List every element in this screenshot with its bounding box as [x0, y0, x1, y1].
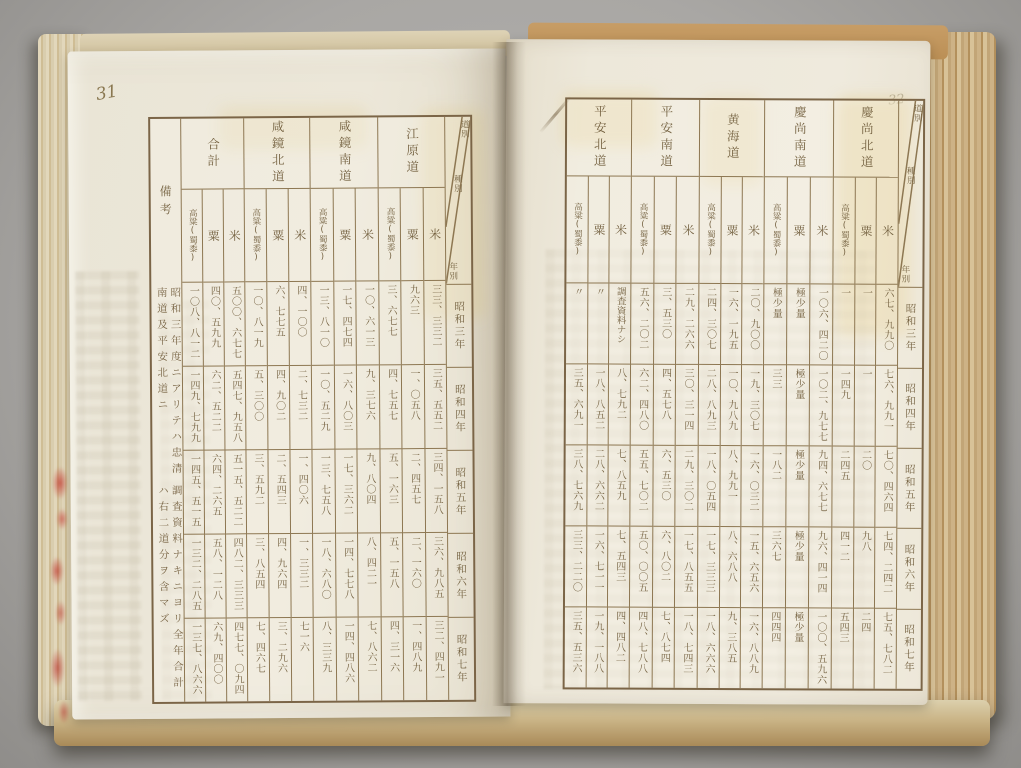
- value-cell: 極少量: [786, 608, 808, 688]
- corner-header-cell: 道別種別年別: [445, 117, 471, 285]
- value-text: 五、三〇〇: [251, 366, 262, 449]
- crop-header: 米: [361, 228, 374, 241]
- value-cell: 三四、一五八: [425, 449, 447, 533]
- value-text: 七五、七八二: [880, 609, 890, 689]
- year-label: 昭和三年: [905, 303, 916, 353]
- value-text: 一〇二、九七七: [816, 365, 826, 445]
- value-text: 四、一〇〇: [295, 282, 306, 365]
- value-cell: 一: [855, 285, 876, 366]
- value-cell: 一〇六、四二〇: [810, 284, 832, 365]
- value-text: 四七七、〇九四: [232, 618, 243, 701]
- value-text: 一: [860, 366, 870, 446]
- remarks-line: 調査資料ナキニヨリ全年合計ハ右二道分ヲ含マズ: [153, 484, 185, 702]
- value-text: 三、八五四: [253, 534, 264, 617]
- value-cell: 六七、九九〇: [876, 285, 897, 366]
- value-cell: 三三、二二〇: [565, 526, 586, 607]
- value-text: 一六、七一一: [592, 526, 602, 606]
- value-text: 極少量: [770, 284, 780, 364]
- value-text: 五〇、〇〇五: [636, 527, 646, 607]
- value-cell: 四一二: [832, 528, 853, 609]
- crop-header: 米: [228, 229, 241, 242]
- value-cell: 八、九九一: [720, 446, 741, 527]
- value-cell: 六、八〇二: [653, 527, 675, 608]
- year-label: 昭和六年: [904, 544, 915, 594]
- value-text: 一八、七四三: [681, 608, 691, 688]
- year-label: 昭和五年: [904, 464, 915, 514]
- value-cell: 九、三七六: [357, 365, 379, 449]
- red-ink-smudge: [58, 700, 70, 724]
- year-label: 昭和四年: [904, 383, 915, 433]
- crop-header-cell: 高粱(蜀黍): [764, 177, 786, 284]
- crop-header: 米: [428, 227, 441, 240]
- value-cell: 三、二九六: [270, 618, 292, 701]
- value-cell: 九六、四一四: [809, 527, 831, 608]
- year-label: 昭和六年: [455, 550, 466, 600]
- year-label: 昭和七年: [456, 634, 467, 684]
- value-cell: 二、一六〇: [403, 533, 425, 617]
- value-text: 一五、六五六: [747, 527, 757, 607]
- value-cell: 三三: [764, 365, 786, 446]
- value-text: 調査資料ナシ: [615, 284, 625, 364]
- crop-header: 粟: [592, 223, 605, 236]
- value-text: 極少量: [792, 608, 802, 688]
- right-table: 道別種別年別昭和三年昭和四年昭和五年昭和六年昭和七年慶尚北道米六七、九九〇七六、…: [563, 97, 926, 691]
- value-text: 一、〇五八: [408, 365, 419, 448]
- value-text: 七、四六七: [253, 618, 264, 701]
- value-cell: 一三七、八六六: [185, 619, 206, 702]
- value-cell: 二九、三〇二: [676, 446, 698, 527]
- value-cell: 一六、一九五: [721, 284, 742, 365]
- value-text: 一〇八、八一二: [187, 283, 198, 366]
- value-text: 二四五: [838, 447, 848, 527]
- value-text: 四、四八二: [613, 608, 623, 688]
- value-cell: 一三、八一〇: [311, 282, 333, 366]
- value-text: 六、八〇二: [658, 527, 668, 607]
- value-text: 三二、四九一: [432, 617, 443, 700]
- value-cell: 五〇、〇〇五: [630, 527, 652, 608]
- value-cell: 七、五四三: [608, 527, 629, 608]
- value-cell: 九、三八五: [719, 608, 740, 688]
- value-text: 九八: [859, 528, 869, 608]
- value-cell: 一六、〇三二: [742, 446, 763, 527]
- value-text: 七六、九九一: [881, 366, 891, 446]
- value-text: 〃: [571, 283, 581, 363]
- value-text: 三四、一五八: [431, 449, 442, 532]
- value-cell: 一六、七一一: [587, 526, 608, 607]
- value-cell: 二〇: [854, 447, 875, 528]
- value-text: 七四、二四二: [881, 528, 891, 608]
- value-text: 三、五三〇: [660, 284, 670, 364]
- value-text: 二、四五七: [408, 449, 419, 532]
- value-text: 一八、六八〇: [319, 534, 330, 617]
- crop-header: 粟: [725, 224, 738, 237]
- value-text: 一、四〇六: [296, 450, 307, 533]
- year-label-cell: 昭和四年: [447, 368, 473, 451]
- crop-header-cell: 米: [289, 189, 311, 282]
- year-label-cell: 昭和六年: [897, 529, 921, 609]
- value-cell: 三六、九八五: [426, 533, 448, 617]
- value-text: 三三、三三二: [430, 281, 441, 364]
- value-text: 二四: [859, 609, 869, 689]
- crop-header-cell: 米: [610, 177, 631, 284]
- value-text: 一六、八〇三: [340, 366, 351, 449]
- value-cell: 五八、一二八: [205, 534, 226, 618]
- value-cell: 一〇八、八一二: [182, 283, 203, 367]
- value-cell: 一八、〇五四: [698, 446, 719, 527]
- value-cell: 一〇、九八九: [720, 365, 741, 446]
- value-cell: 一〇、八一九: [245, 282, 267, 366]
- value-cell: 一、〇五八: [402, 365, 424, 449]
- red-ink-smudge: [55, 600, 66, 626]
- province-name-cell: 黄海道: [700, 100, 764, 177]
- crop-header-cell: 粟: [721, 177, 742, 284]
- value-text: 九、八〇四: [364, 449, 375, 532]
- corner-label: 道別: [913, 104, 922, 123]
- crop-header: 米: [881, 224, 894, 237]
- value-cell: 一七、八五五: [675, 527, 697, 608]
- left-table: 道別種別年別昭和三年昭和四年昭和五年昭和六年昭和七年江原道米三三、三三二三五、五…: [148, 115, 476, 704]
- value-text: 五〇〇、六七七: [229, 282, 240, 365]
- value-cell: 調査資料ナシ: [609, 284, 630, 365]
- crop-header-cell: 米: [423, 188, 445, 281]
- value-text: 一四九: [838, 366, 848, 446]
- corner-label: 種別: [453, 174, 462, 193]
- crop-header: 高粱(蜀黍): [317, 208, 326, 262]
- value-cell: 二八、六六二: [587, 445, 608, 526]
- value-text: 一六、一九五: [726, 284, 736, 364]
- value-text: 極少量: [793, 365, 803, 445]
- right-page: 32 道別種別年別昭和三年昭和四年昭和五年昭和六年昭和七年慶尚北道米六七、九九〇…: [504, 39, 931, 705]
- value-text: 六七、九九〇: [882, 285, 892, 365]
- value-cell: 一、四八九: [404, 617, 426, 700]
- value-cell: 三〇、三一四: [676, 365, 698, 446]
- value-text: 一八、〇五四: [704, 446, 714, 526]
- province-name-cell: 合計: [181, 118, 243, 189]
- value-text: 一三、八一〇: [317, 282, 328, 365]
- value-cell: 一〇、五二九: [312, 366, 334, 450]
- year-label: 昭和三年: [454, 300, 465, 350]
- crop-header: 粟: [659, 223, 672, 236]
- year-label-cell: 昭和五年: [447, 451, 473, 534]
- value-cell: 五四七、九五八: [225, 366, 246, 450]
- crop-header-cell: 高粱(蜀黍): [379, 188, 401, 281]
- value-text: 五八、一二八: [210, 534, 221, 617]
- crop-header: 高粱(蜀黍): [187, 209, 196, 263]
- value-cell: 三八、七六九: [565, 445, 586, 526]
- value-text: 三、二九六: [275, 618, 286, 701]
- value-text: 三六七: [769, 527, 779, 607]
- value-cell: 六、七七五: [267, 282, 289, 366]
- value-text: 五五、七〇二: [636, 446, 646, 526]
- year-label-cell: 昭和七年: [449, 617, 475, 699]
- value-cell: 極少量: [764, 284, 786, 365]
- value-cell: 一九、一八八: [586, 607, 607, 687]
- value-text: 一〇、八一九: [251, 282, 262, 365]
- value-cell: 七、八六二: [359, 617, 381, 700]
- value-cell: 一四、七七八: [336, 534, 358, 618]
- year-label-cell: 昭和五年: [897, 449, 921, 529]
- value-cell: 一〇二、九七七: [810, 365, 832, 446]
- value-text: 二四、三〇七: [704, 284, 714, 364]
- value-text: 六二、四八〇: [636, 365, 646, 445]
- value-text: 五一五、五二二: [230, 450, 241, 533]
- value-cell: 一: [854, 366, 875, 447]
- value-cell: 五六、二〇二: [631, 284, 653, 365]
- value-cell: 一四五、五一五: [183, 451, 204, 535]
- value-cell: 極少量: [786, 527, 808, 608]
- value-text: 九六、四一四: [815, 527, 825, 607]
- value-cell: 七、八五九: [609, 446, 630, 527]
- value-cell: 九、八〇四: [358, 449, 380, 533]
- red-ink-smudge: [50, 556, 64, 586]
- value-cell: 五一五、五二二: [225, 450, 246, 534]
- year-label-cell: 昭和三年: [898, 288, 922, 368]
- value-text: 一八、六六六: [703, 608, 713, 688]
- value-cell: 一、四〇六: [290, 450, 312, 534]
- red-ink-smudge: [52, 466, 68, 500]
- remarks-header-cell: 備考: [150, 119, 181, 287]
- value-text: 三五、五五二: [430, 365, 441, 448]
- value-text: 一九、一八八: [592, 607, 602, 687]
- value-text: 一四、七七八: [342, 534, 353, 617]
- value-cell: 四、七五七: [380, 365, 402, 449]
- crop-header-cell: 高粱(蜀黍): [311, 189, 333, 282]
- province-name: 黄海道: [726, 113, 739, 163]
- crop-header-cell: 高粱(蜀黍): [699, 177, 720, 284]
- crop-header: 高粱(蜀黍): [251, 208, 260, 262]
- crop-header-cell: 粟: [588, 176, 609, 283]
- crop-header: 米: [747, 224, 760, 237]
- value-text: 九六三: [407, 281, 418, 364]
- value-cell: 一八、六八〇: [313, 534, 335, 618]
- crop-header-cell: 粟: [401, 188, 423, 281]
- province-name: 江原道: [405, 127, 418, 177]
- corner-label: 種別: [906, 166, 915, 185]
- value-text: 五四七、九五八: [230, 366, 241, 449]
- value-text: 四八、七八八: [635, 608, 645, 688]
- value-text: 五、一五八: [387, 533, 398, 616]
- value-text: 一四九、七九九: [188, 367, 199, 450]
- value-text: 極少量: [792, 527, 802, 607]
- value-text: 三三、二二〇: [570, 526, 580, 606]
- value-text: 四、七五七: [386, 365, 397, 448]
- crop-header-cell: 粟: [203, 189, 224, 282]
- crop-header-cell: 米: [877, 178, 898, 285]
- value-cell: 四、九〇二: [268, 366, 290, 450]
- crop-header: 米: [614, 223, 627, 236]
- value-cell: 一〇、六一三: [357, 281, 379, 365]
- value-text: 一七、八五五: [681, 527, 691, 607]
- value-text: 四八二、三三三: [231, 534, 242, 617]
- value-text: 六四、二六五: [209, 450, 220, 533]
- crop-header-cell: 高粱(蜀黍): [631, 177, 653, 284]
- value-text: 一四五、五一五: [188, 451, 199, 534]
- crop-header-cell: 米: [224, 189, 245, 282]
- value-cell: 一八、六六六: [698, 608, 719, 688]
- value-text: 四一二: [837, 528, 847, 608]
- value-cell: 〃: [588, 283, 609, 364]
- value-text: 〃: [593, 283, 603, 363]
- value-text: 一六、〇三二: [747, 446, 757, 526]
- value-text: 一四、四八六: [342, 618, 353, 701]
- crop-header: 高粱(蜀黍): [638, 203, 647, 257]
- crop-header: 高粱(蜀黍): [385, 207, 394, 261]
- value-text: 一: [860, 285, 870, 365]
- value-text: 四、三一六: [387, 617, 398, 700]
- value-cell: 三六七: [763, 527, 785, 608]
- value-cell: 一七、三三三: [698, 527, 719, 608]
- value-cell: 五四三: [832, 609, 853, 689]
- value-cell: 六二、四八〇: [631, 365, 653, 446]
- value-text: 八、六八八: [725, 527, 735, 607]
- value-text: 四〇、五九九: [208, 282, 219, 365]
- value-text: 三三: [770, 365, 780, 445]
- page-number-left: 31: [94, 81, 119, 105]
- value-text: 二〇: [859, 447, 869, 527]
- value-text: 一六、八八九: [746, 608, 756, 688]
- crop-header: 高粱(蜀黍): [839, 204, 848, 258]
- diagonal-lines: [898, 101, 923, 288]
- value-text: 三〇、三一四: [682, 365, 692, 445]
- value-text: 四、五七八: [659, 365, 669, 445]
- value-text: 三五、五三六: [570, 607, 580, 687]
- value-text: 九四、六七七: [815, 446, 825, 526]
- value-cell: 七、八七四: [652, 608, 674, 688]
- value-cell: 四八二、三三三: [226, 534, 247, 618]
- crop-header-cell: 粟: [333, 189, 355, 282]
- value-cell: 八、七九二: [609, 365, 630, 446]
- red-ink-smudge: [50, 648, 65, 688]
- value-cell: 八、四二一: [358, 533, 380, 617]
- value-cell: 六四、二六五: [204, 450, 225, 534]
- value-text: 一〇、六一三: [362, 281, 373, 364]
- left-page: 31 道別種別年別昭和三年昭和四年昭和五年昭和六年昭和七年江原道米三三、三三二三…: [68, 48, 511, 719]
- value-cell: 二〇、九〇〇: [742, 284, 763, 365]
- value-cell: 六二、五二二: [204, 366, 225, 450]
- value-text: 六、五三〇: [659, 446, 669, 526]
- value-text: 一七、三六二: [341, 450, 352, 533]
- crop-header-cell: 米: [356, 188, 378, 281]
- value-cell: 一八、七四三: [675, 608, 697, 688]
- value-cell: 一、三三二: [291, 534, 313, 618]
- value-text: 七、八七四: [658, 608, 668, 688]
- year-label: 昭和五年: [455, 467, 466, 517]
- value-text: 二、一六〇: [409, 533, 420, 616]
- value-text: 一七、三三三: [703, 527, 713, 607]
- crop-header-cell: 粟: [855, 178, 876, 285]
- value-text: 一〇、九八九: [726, 365, 736, 445]
- year-label: 昭和七年: [903, 624, 914, 674]
- province-name: 平安北道: [593, 104, 606, 170]
- crop-header: 米: [681, 223, 694, 236]
- value-cell: 四、三一六: [382, 617, 404, 700]
- value-cell: 一〇〇、五九六: [809, 608, 831, 688]
- value-cell: 二四、三〇七: [699, 284, 720, 365]
- value-cell: 四、五七八: [653, 365, 675, 446]
- province-name: 咸鏡南道: [337, 120, 350, 186]
- value-cell: 七四、二四二: [875, 528, 896, 609]
- value-cell: 五、三〇〇: [246, 366, 268, 450]
- value-cell: 八、六八八: [720, 527, 741, 608]
- value-cell: 極少量: [787, 284, 809, 365]
- crop-header: 粟: [338, 228, 351, 241]
- province-name: 慶尚北道: [860, 106, 873, 172]
- value-cell: 二八、八九三: [699, 365, 720, 446]
- province-name: 平安南道: [659, 105, 672, 171]
- value-cell: 一八二: [763, 446, 785, 527]
- value-cell: 一三二、二八五: [184, 535, 205, 619]
- value-text: 三、五九二: [252, 450, 263, 533]
- corner-label: 年別: [900, 265, 909, 284]
- value-cell: 二四: [853, 609, 874, 689]
- value-text: 八、三三九: [319, 618, 330, 701]
- crop-header-cell: 米: [810, 177, 832, 284]
- corner-label: 道別: [460, 120, 469, 139]
- year-label-cell: 昭和七年: [897, 609, 921, 688]
- value-text: 二九、三〇二: [681, 446, 691, 526]
- value-cell: 七六、九九一: [876, 366, 897, 447]
- province-name: 咸鏡北道: [270, 120, 283, 186]
- province-name: 慶尚南道: [793, 105, 806, 171]
- value-text: 一三、七五八: [318, 450, 329, 533]
- value-text: 九、三八五: [725, 608, 735, 688]
- value-cell: 四七七、〇九四: [227, 618, 248, 701]
- value-text: 八、九九一: [725, 446, 735, 526]
- bleed-through: [75, 271, 142, 701]
- value-cell: 一五、六五六: [741, 527, 762, 608]
- value-text: 二、七三二: [295, 366, 306, 449]
- value-cell: 二、七三二: [290, 366, 312, 450]
- crop-header: 粟: [207, 229, 220, 242]
- value-cell: 九六三: [402, 281, 424, 365]
- value-cell: 一八、八五二: [587, 364, 608, 445]
- corner-label: 年別: [448, 261, 457, 280]
- value-text: 二九、二六六: [682, 284, 692, 364]
- province-name-cell: 慶尚南道: [765, 100, 833, 177]
- value-text: 七、八六二: [365, 617, 376, 700]
- value-cell: 四、九六四: [269, 534, 291, 618]
- crop-header: 粟: [406, 228, 419, 241]
- value-cell: 三三、三三二: [424, 281, 446, 365]
- value-cell: 四、一〇〇: [289, 282, 311, 366]
- value-text: 一、三三二: [297, 534, 308, 617]
- value-cell: 一六、八〇三: [335, 366, 357, 450]
- crop-header: 米: [815, 224, 828, 237]
- value-cell: 七一六: [292, 618, 314, 701]
- value-cell: 〃: [566, 283, 587, 364]
- value-cell: 五〇〇、六七七: [224, 282, 245, 366]
- value-cell: 二、四五七: [403, 449, 425, 533]
- value-text: 一三二、二八五: [189, 535, 200, 618]
- value-text: 二〇、九〇〇: [748, 284, 758, 364]
- value-cell: 九八: [854, 528, 875, 609]
- crop-header: 米: [293, 228, 306, 241]
- value-cell: 一四九、七九九: [183, 367, 204, 451]
- crop-header: 高粱(蜀黍): [705, 203, 714, 257]
- value-cell: 一九、三〇七: [742, 365, 763, 446]
- value-cell: 三二、四九一: [426, 617, 448, 700]
- value-text: 七、八五九: [614, 446, 624, 526]
- value-text: 八、七九二: [614, 365, 624, 445]
- value-cell: 三、五九二: [246, 450, 268, 534]
- value-text: 一〇〇、五九六: [815, 608, 825, 688]
- value-cell: 二四五: [832, 447, 853, 528]
- value-text: 三八、七六九: [571, 445, 581, 525]
- corner-header-cell: 道別種別年別: [898, 101, 923, 289]
- year-label-cell: 昭和三年: [446, 284, 472, 367]
- value-cell: 四〇、五九九: [203, 282, 224, 366]
- remarks-line: 昭和三年度ニアリテハ忠清南道及平安北道ニ: [151, 287, 182, 485]
